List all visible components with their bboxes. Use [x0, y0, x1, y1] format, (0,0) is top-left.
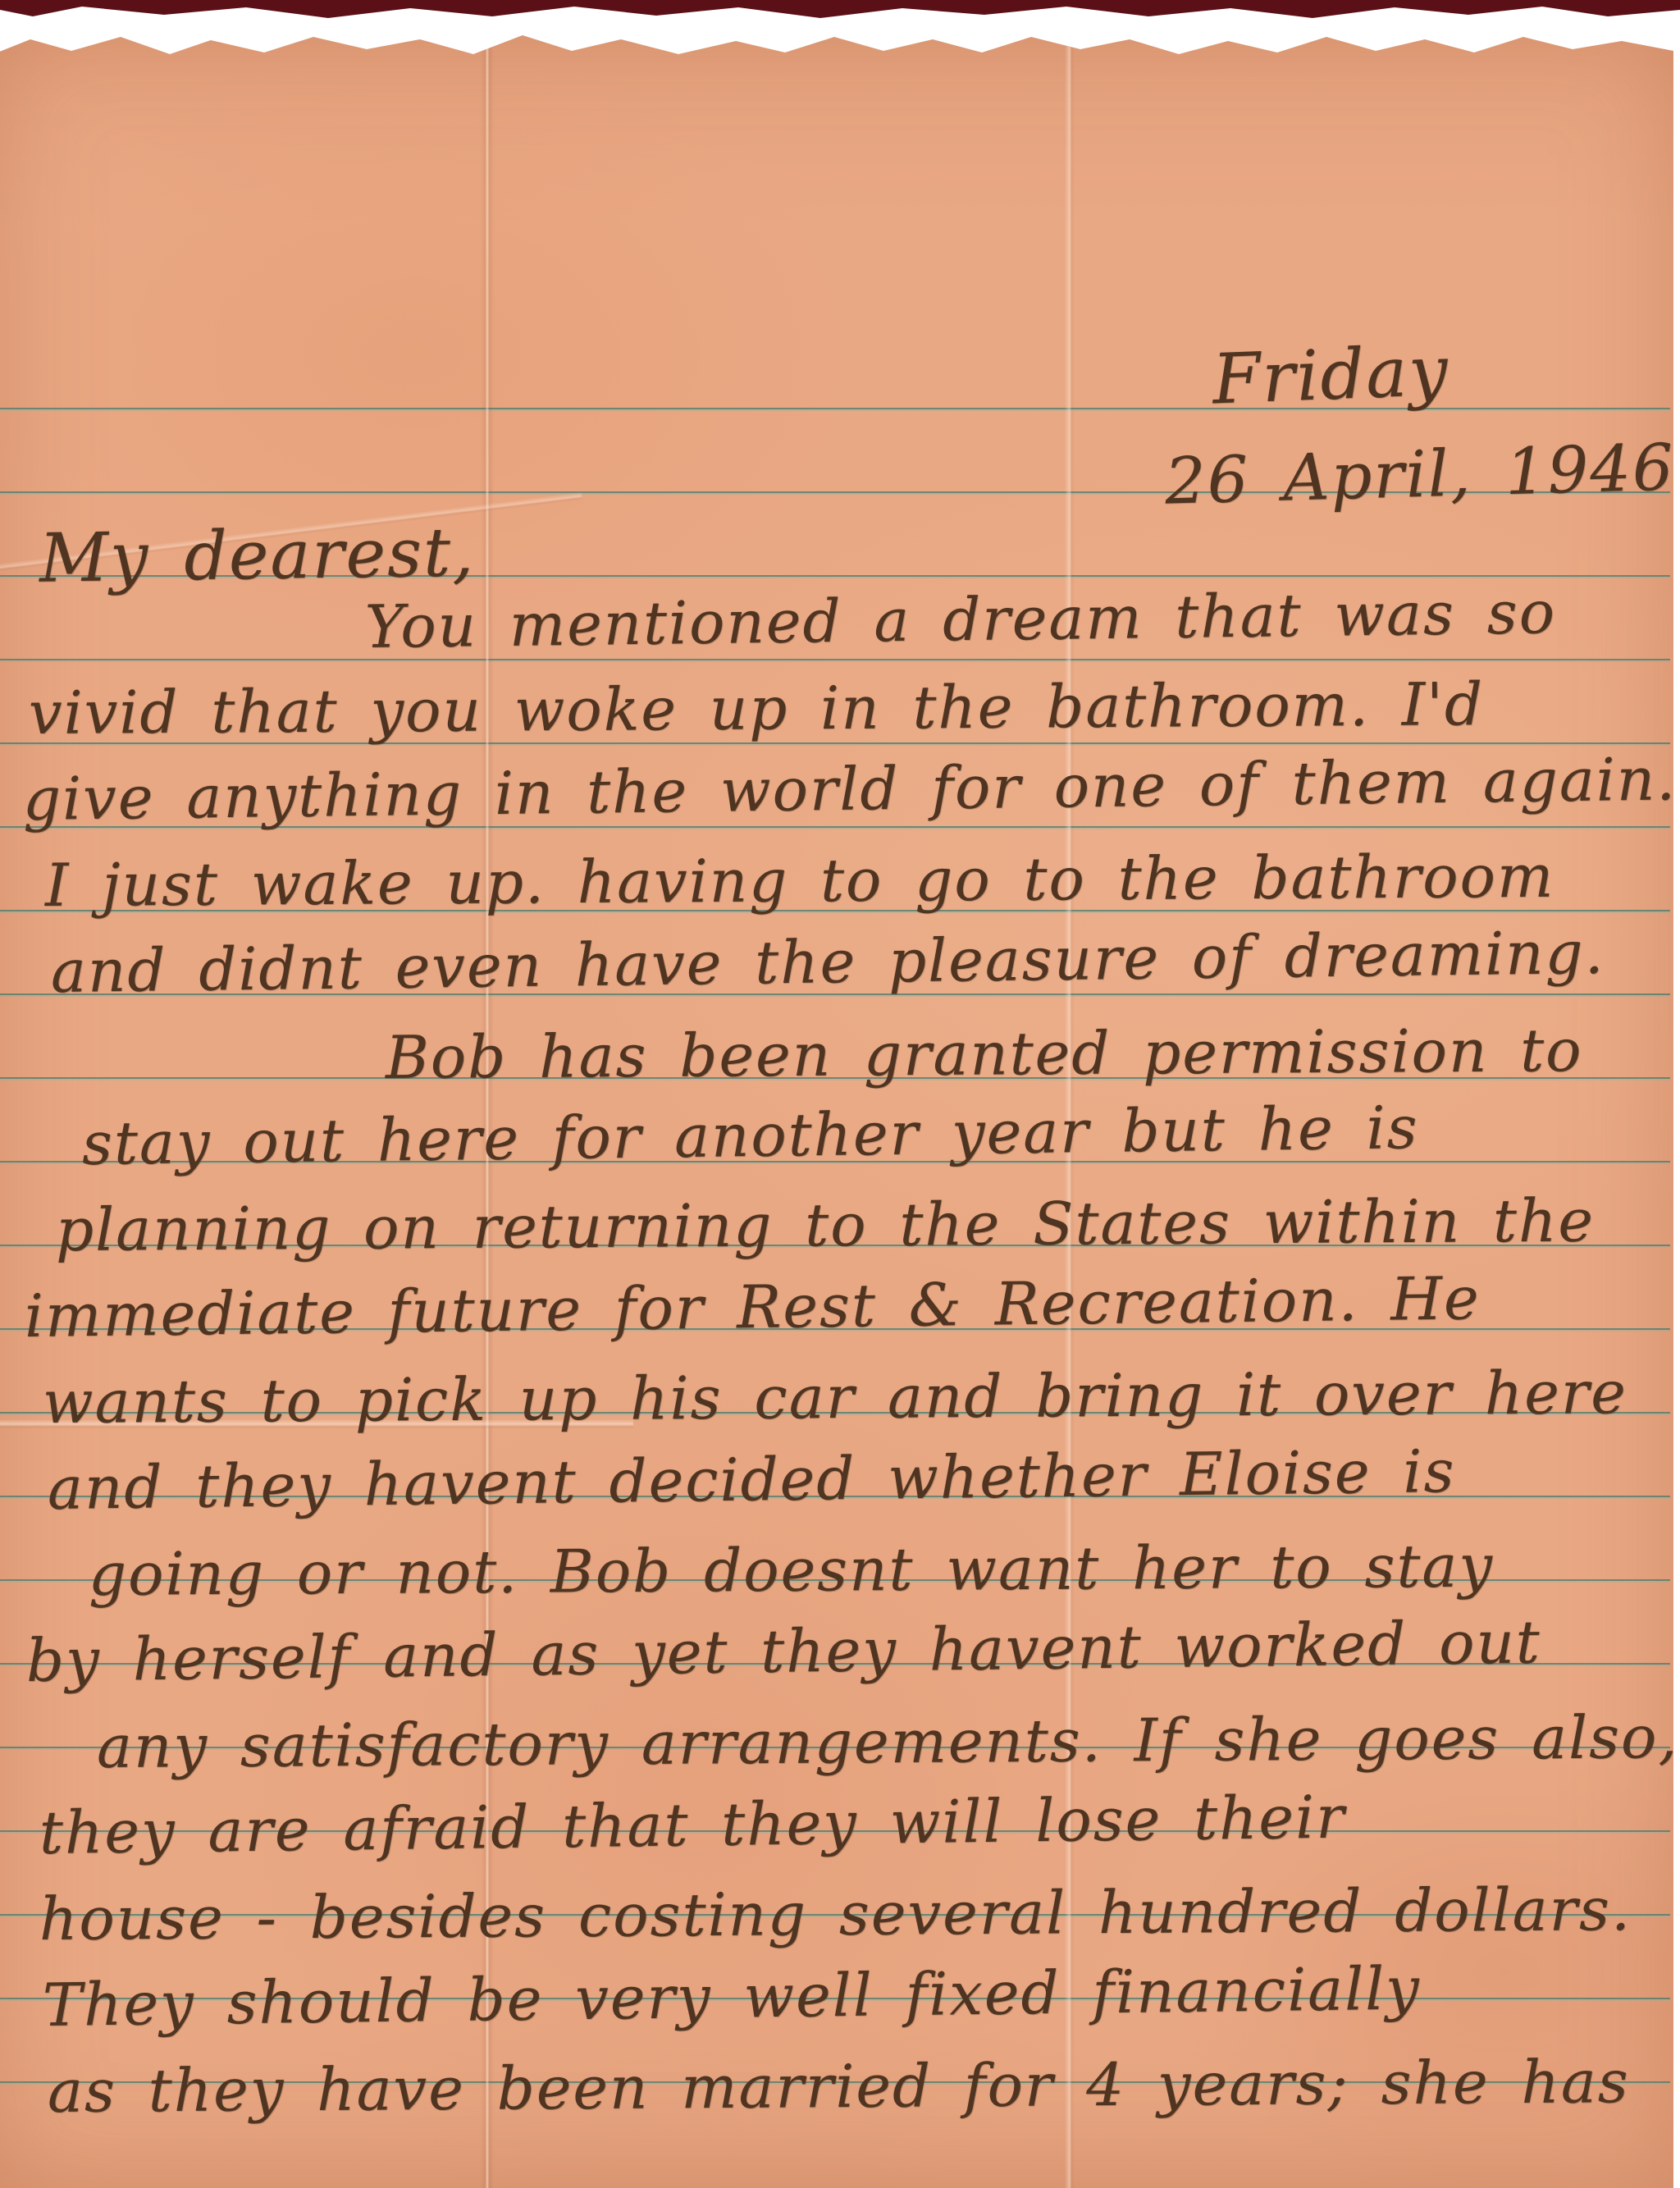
letter-line: going or not. Bob doesnt want her to sta… — [89, 1532, 1494, 1609]
date-line: 26 April, 1946 — [1164, 431, 1676, 518]
letter-line: planning on returning to the States with… — [56, 1186, 1595, 1264]
letter-line: as they have been married for 4 years; s… — [48, 2047, 1630, 2126]
date-weekday: Friday — [1211, 330, 1450, 419]
scan-edge-strip — [0, 0, 1680, 21]
letter-line: vivid that you woke up in the bathroom. … — [29, 669, 1485, 747]
letter-line: any satisfactory arrangements. If she go… — [97, 1702, 1679, 1781]
letter-line: I just wake up. having to go to the bath… — [45, 842, 1555, 920]
salutation: My dearest, — [39, 514, 475, 597]
letter-line: Bob has been granted permission to — [386, 1016, 1583, 1092]
letter-paper: Friday 26 April, 1946 My dearest, You me… — [0, 30, 1673, 2188]
letter-line: house - besides costing several hundred … — [39, 1875, 1632, 1953]
letter-line: wants to pick up his car and bring it ov… — [43, 1358, 1627, 1437]
letter-line: You mentioned a dream that was so — [364, 578, 1556, 661]
